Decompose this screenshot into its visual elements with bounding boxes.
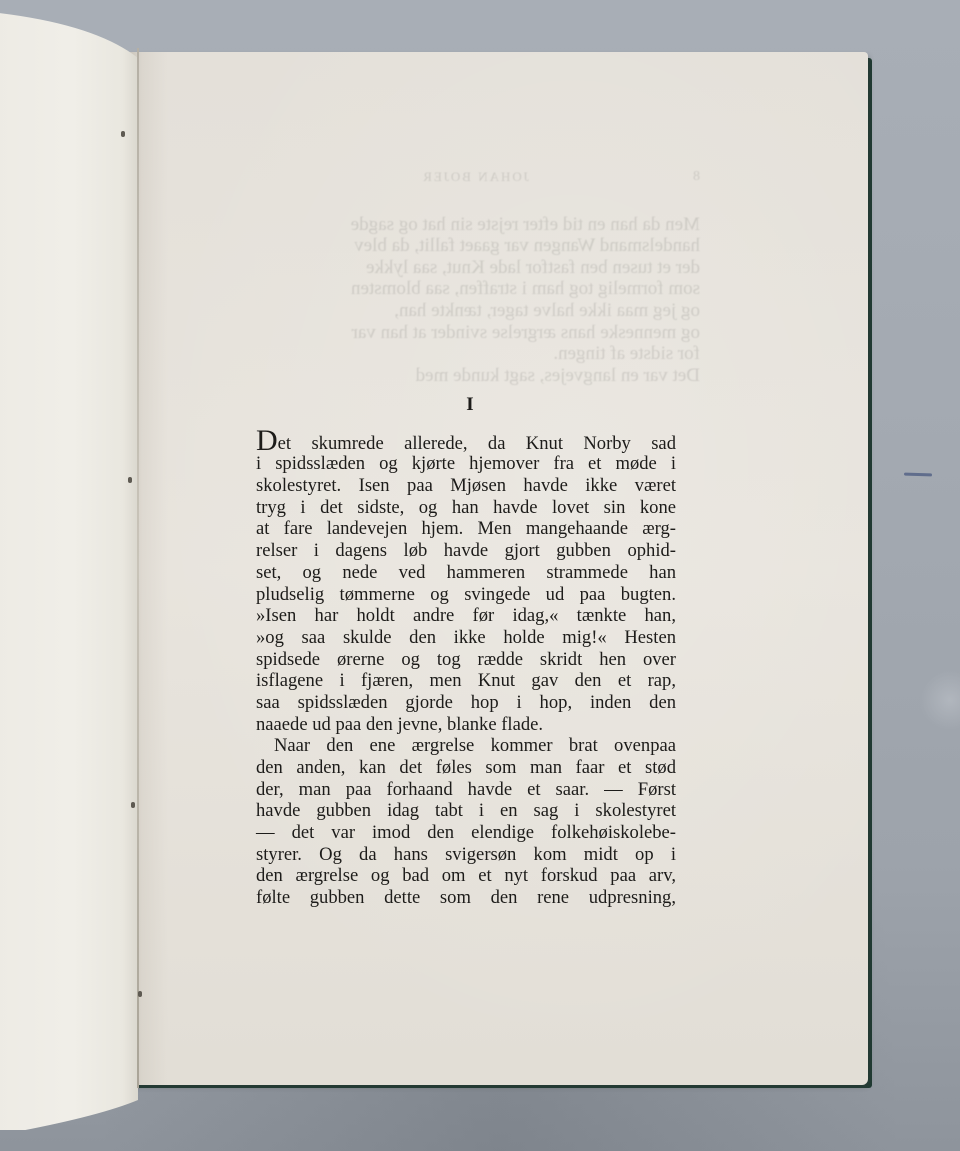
text-line: relser i dagens løb havde gjort gubben o… [256, 540, 676, 562]
chapter-number: I [256, 394, 676, 416]
text-line: — det var imod den elendige folkehøiskol… [256, 822, 676, 844]
text-line: »og saa skulde den ikke holde mig!« Hest… [256, 627, 676, 649]
text-line: den anden, kan det føles som man faar et… [256, 757, 676, 779]
text-line: skolestyret. Isen paa Mjøsen havde ikke … [256, 475, 676, 497]
text-line: Det skumrede allerede, da Knut Norby sad [256, 432, 676, 454]
text-line: spidsede ørerne og tog rædde skridt hen … [256, 649, 676, 671]
text-line: at fare landevejen hjem. Men mangehaande… [256, 518, 676, 540]
chapter-text-block: I Det skumrede allerede, da Knut Norby s… [256, 394, 676, 909]
text-line: følte gubben dette som den rene udpresni… [256, 887, 676, 909]
text-line: saa spidsslæden gjorde hop i hop, inden … [256, 692, 676, 714]
paragraph-1: Det skumrede allerede, da Knut Norby sad… [256, 432, 676, 736]
text-line: der, man paa forhaand havde et saar. — F… [256, 779, 676, 801]
text-line: naaede ud paa den jevne, blanke flade. [256, 714, 676, 736]
left-page-edge [137, 48, 139, 1088]
binding-stitch [138, 991, 142, 997]
left-page-curled [0, 10, 140, 1130]
text-line: i spidsslæden og kjørte hjemover fra et … [256, 453, 676, 475]
text-line: pludselig tømmerne og svingede ud paa bu… [256, 584, 676, 606]
text-line: den ærgrelse og bad om et nyt forskud pa… [256, 865, 676, 887]
text-line: styrer. Og da hans svigersøn kom midt op… [256, 844, 676, 866]
drop-cap: D [256, 424, 278, 457]
text-line: tryg i det sidste, og han havde lovet si… [256, 497, 676, 519]
binding-stitch [121, 131, 125, 137]
paragraph-2: Naar den ene ærgrelse kommer brat ovenpa… [256, 735, 676, 909]
binding-stitch [128, 477, 132, 483]
text-line: havde gubben idag tabt i en sag i skoles… [256, 800, 676, 822]
text-line: »Isen har holdt andre før idag,« tænkte … [256, 605, 676, 627]
text-line: Naar den ene ærgrelse kommer brat ovenpa… [256, 735, 676, 757]
binding-stitch [131, 802, 135, 808]
text-line: isflagene i fjæren, men Knut gav den et … [256, 670, 676, 692]
text-line: set, og nede ved hammeren strammede han [256, 562, 676, 584]
